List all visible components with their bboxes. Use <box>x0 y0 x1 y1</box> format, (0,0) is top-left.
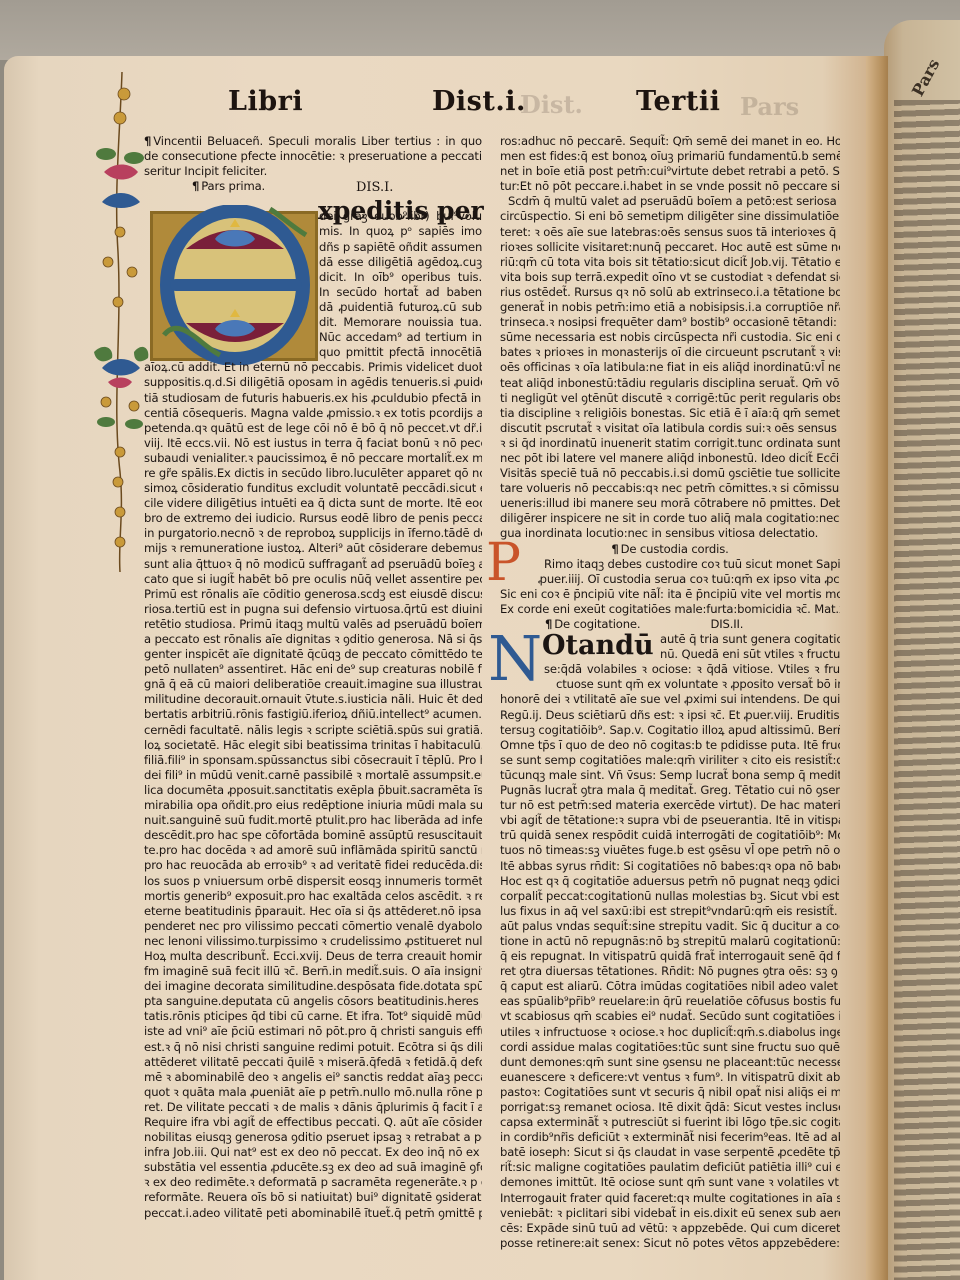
text-line: in cordib⁹nr̃is deficiūt ꝛ extermināt̃ n… <box>500 1130 840 1145</box>
text-line: dei imagine decorata similitudine.despōs… <box>144 979 482 994</box>
text-line: Regū.ij. Deus sciētiarū dñs est: ꝛ ipsi … <box>500 708 840 723</box>
text-line: trū quidā senex respōdit cuidā interrogā… <box>500 828 840 843</box>
text-line: ueneris:illud ibi manere seu morā cōtrab… <box>500 496 840 511</box>
text-line: los suos p vniuersum orbē dispersit eosq… <box>144 874 482 889</box>
text-line: ꝛ si q̄d inordinatū inuenerit statim cor… <box>500 436 840 451</box>
text-line: loꝝ societatē. Hāc elegit sibi beatissim… <box>144 738 482 753</box>
text-line: Interrogauit frater quid faceret:qꝛ mult… <box>500 1191 840 1206</box>
text-line: circūspectio. Si eni bō semetipm diligēt… <box>500 209 840 224</box>
text-line: Require ifra vbi agit̃ de effectibus pec… <box>144 1115 482 1130</box>
text-line: pastoꝛ: Cogitatiōes sunt vt securis q̄ n… <box>500 1085 840 1100</box>
text-line: simoꝝ cōsideratio funditus excludit volu… <box>144 481 482 496</box>
text-line: nec pōt ibi latere vel manere aliq̄d inb… <box>500 451 840 466</box>
text-line: riū:qm̄ cū tota vita bois sit tētatio:si… <box>500 255 840 270</box>
paragraph-mark-icon: ¶ <box>144 134 151 148</box>
text-line: mē ꝛ abominabilē deo ꝛ angelis ei⁹ sanct… <box>144 1070 482 1085</box>
text-line: vt scabiosus qm̄ scabies ei⁹ nudat̃. Sec… <box>500 1009 840 1024</box>
text-line: in purgatorio.necnō ꝛ de reproboꝝ suppli… <box>144 526 482 541</box>
text-line: dā esse diligētiā agēdoꝝ.cuꝫ <box>144 255 482 270</box>
text-line: Itē abbas syrus rn̄dit: Si cogitatiōes n… <box>500 859 840 874</box>
text-line: infra Job.iii. Qui nat⁹ est ex deo nō pe… <box>144 1145 482 1160</box>
text-line: peccat.i.adeo vilitatē peti abominabilē … <box>144 1206 482 1221</box>
running-head-right: Tertii <box>636 86 720 117</box>
text-line: trinseca.ꝛ nosipsi frequēter dam⁹ bostib… <box>500 315 840 330</box>
text-line: honorē dei ꝛ vtilitatē aīe sue vel ꝓximi… <box>500 692 840 707</box>
text-line: nec lenoni vilissimo.turpissimo ꝛ crudel… <box>144 934 482 949</box>
text-line: capsa extermināt̃ ꝛ putresciūt si fuerin… <box>500 1115 840 1130</box>
text-line: eterne beatitudinis p̄parauit. Hec oīa s… <box>144 904 482 919</box>
incipit-line: ¶Vincentii Beluaceñ. Speculi moralis Lib… <box>144 134 482 149</box>
opening-word: xpeditis per <box>318 196 484 225</box>
rubricated-initial-n: N <box>488 628 542 690</box>
text-line: utiles ꝛ infructuose ꝛ ociose.ꝛ hoc dupl… <box>500 1025 840 1040</box>
text-line: eas spūalib⁹pr̄ib⁹ reuelare:in q̄rū reue… <box>500 994 840 1009</box>
text-line: vita bois sup terrā.expedit oīno vt se c… <box>500 270 840 285</box>
part-heading: ¶Pars prima. <box>144 179 482 194</box>
text-line: bertatis arbitriū.rōnis fastigiū.iferioꝝ… <box>144 707 482 722</box>
text-line: dit. Memorare nouissia tua. <box>144 315 482 330</box>
text-line: quot ꝛ quāta mala ꝓueniāt aīe p petm̄.nu… <box>144 1085 482 1100</box>
text-line: mortis generib⁹ exposuit.pro hac exaltād… <box>144 889 482 904</box>
text-line: tare volueris nō peccabis:qꝛ nec petm̄ c… <box>500 481 840 496</box>
text-line: cernēdi facultatē. nālis legis ꝛ scripte… <box>144 723 482 738</box>
text-line: sunt alia q̄ttuoꝛ q̄ nō modicū suffragan… <box>144 557 482 572</box>
text-line: te.pro hac docēda ꝛ ad amorē suū inflāmā… <box>144 843 482 858</box>
text-line: dunt demones:qm̄ sunt sine ꝯsensu ne pla… <box>500 1055 840 1070</box>
text-line: euanescere ꝛ deficere:vt ventus ꝛ fum⁹. … <box>500 1070 840 1085</box>
text-line: substātia vel essentia ꝓducēte.sꝫ ex deo… <box>144 1160 482 1175</box>
paragraph-mark-icon: ¶ <box>611 542 618 556</box>
paragraph-mark-icon: ¶ <box>545 617 552 631</box>
text-line: ret. De vilitate peccati ꝛ de malis ꝛ dā… <box>144 1100 482 1115</box>
text-line: est.ꝛ q̄ nō nisi christi sanguine redimi… <box>144 1040 482 1055</box>
text-line: tur:Et nō pōt peccare.i.habet in se vnde… <box>500 179 840 194</box>
text-line: Hoꝝ multa describunt̃. Ecci.xvij. Deus d… <box>144 949 482 964</box>
text-line: quo pmittit pfectā innocētiā <box>144 345 482 360</box>
text-line: Primū est rōnalis aīe cōditio generosa.s… <box>144 587 482 602</box>
text-line: bates ꝛ prioꝛes in monasterijs oī die ci… <box>500 345 840 360</box>
text-line: Visitās speciē tuā nō peccabis.i.si domū… <box>500 466 840 481</box>
text-line: Ex corde eni exeūt cogitatiōes male:furt… <box>500 602 840 617</box>
incipit-line: seritur Incipit feliciter. <box>144 164 482 179</box>
text-line: descēdit.pro hac spe cōfortāda bominē as… <box>144 828 482 843</box>
show-through-ghost: Pars <box>740 92 799 121</box>
text-line: q̄ eis repugnat. In vitispatrū quidā fra… <box>500 949 840 964</box>
text-line: rius ostēdet̃. Rursus qꝛ nō solū ab extr… <box>500 285 840 300</box>
page-gutter-shadow <box>866 56 888 1280</box>
section-heading-custodia: ¶De custodia cordis. <box>500 542 840 557</box>
text-line: riosa.tertiū est in pugna sui defensio v… <box>144 602 482 617</box>
text-line: posse retinere:ait senex: Sicut nō potes… <box>500 1236 840 1251</box>
distinction-label: DIS.II. <box>710 617 743 631</box>
text-line: aīoꝝ.cū addit. Et in eternū nō peccabis.… <box>144 360 482 375</box>
text-line: discutit pscrutat̃ ꝛ visitat oīa latibul… <box>500 421 840 436</box>
text-line: tersuꝫ cogitatiōib⁹. Sap.v. Cogitatio il… <box>500 723 840 738</box>
text-line: aūt palus vndas sequit̃:sine strepitu va… <box>500 919 840 934</box>
paragraph-mark-icon: ¶ <box>192 179 199 193</box>
text-line: mirabilia opa oñdit.pro eius redēptione … <box>144 798 482 813</box>
running-head-center: Dist.i. <box>432 86 526 117</box>
text-line: tatis.rōnis pticipes q̄d tibi cū carne. … <box>144 1009 482 1024</box>
text-line: dā ꝓuidentiā futuroꝝ.cū sub <box>144 300 482 315</box>
text-line: mijs ꝛ remuneratione iustoꝝ. Alteri⁹ aūt… <box>144 541 482 556</box>
text-line: tiā studiosam de futuris habueris.ex his… <box>144 391 482 406</box>
text-line: cato que si iugit̃ habēt bō pre oculis n… <box>144 572 482 587</box>
text-line: penderet nec pro vilissimo peccati cōmer… <box>144 919 482 934</box>
text-line: corpalit̃ peccat:cogitationū nullas mole… <box>500 889 840 904</box>
text-line: rit̃:sic maligne cogitatiōes paulatim de… <box>500 1160 840 1175</box>
text-line: ti negligūt vel ꝯtēnūt discutē ꝛ corrigē… <box>500 391 840 406</box>
text-line: Pugnās lucrat̃ ꝯtra mala q̄ meditat̃. Gr… <box>500 783 840 798</box>
text-line: ꝓuer.iiij. Oī custodia serua coꝛ tuū:qm̄… <box>500 572 840 587</box>
text-line: pro hac reuocāda ab erroꝛib⁹ ꝛ ad verita… <box>144 858 482 873</box>
text-line: Sic eni coꝛ ē p̄ncipiū vite nāl̃: ita ē … <box>500 587 840 602</box>
rubricated-initial-p: P <box>486 537 521 589</box>
text-line: bro de extremo dei iudicio. Rursus eodē … <box>144 511 482 526</box>
text-line: dei fili⁹ in mūdū venit.carnē passibilē … <box>144 768 482 783</box>
text-line: militudine decorauit.ornauit v̄tute.s.iu… <box>144 692 482 707</box>
running-head-left: Libri <box>228 86 303 117</box>
text-line: Omne tp̄s ī quo de deo nō cogitas:b te p… <box>500 738 840 753</box>
text-line: iste ad vni⁹ aīe p̄ciū estimari nō pōt.p… <box>144 1024 482 1039</box>
text-line: genter inspicēt aīe dignitatē q̄cūqꝫ de … <box>144 647 482 662</box>
text-line: a peccato est rōnalis aīe dignitas ꝛ ꝯdi… <box>144 632 482 647</box>
text-line: rioꝛes sollicite visitaret:nunq̄ peccare… <box>500 240 840 255</box>
text-line: ros:adhuc nō peccarē. Sequit̃: Qm̄ semē … <box>500 134 840 149</box>
text-line: nobilitas eiusqꝫ generosa ꝯditio pseruet… <box>144 1130 482 1145</box>
text-line: cordi assidue malas cogitatiōes:tūc sunt… <box>500 1040 840 1055</box>
text-line: ꝛ ex deo redimēte.ꝛ deformatā p sacramēt… <box>144 1175 482 1190</box>
text-line: petenda.qꝛ quātū est de lege cōi nō ē bō… <box>144 421 482 436</box>
text-line: se:q̄dā volabiles ꝛ ociose: ꝛ q̄dā vitio… <box>500 662 840 677</box>
text-line: reformāte. Reuera oīs bō si natiuitat) b… <box>144 1190 482 1205</box>
text-line: tuos nō timeas:sꝫ viuētes fuge.b est ꝯsē… <box>500 843 840 858</box>
text-line: batē ioseph: Sicut si q̄s claudat in vas… <box>500 1145 840 1160</box>
text-line: porrigat:sꝫ remanet ociosa. Itē dixit q̄… <box>500 1100 840 1115</box>
text-line: gua inordinata locutio:nec in sensibus v… <box>500 526 840 541</box>
text-line: subaudi venialiter.ꝛ paucissimoꝝ ē nō pe… <box>144 451 482 466</box>
text-line: gnā q̄ eā cū maiori deliberatiōe creauit… <box>144 677 482 692</box>
text-line: Hoc est qꝛ q̄ cogitatiōe aduersus petm̄ … <box>500 874 840 889</box>
facing-page-text-blur <box>894 100 960 1280</box>
text-line: nuit.sanguinē suū fudit.mortē ptulit.pro… <box>144 813 482 828</box>
text-line: tione in actū nō repugnās:nō bꝫ strepitū… <box>500 934 840 949</box>
text-line: lica documēta ꝓposuit.sanctitatis exēpla… <box>144 783 482 798</box>
text-line: cile videre diligētius intuēti ea q̄ dic… <box>144 496 482 511</box>
text-line: centiā cōsequeris. Magna valde ꝓmissio.ꝛ… <box>144 406 482 421</box>
text-line: tūcunqꝫ male sint. Vn̄ v̄sus: Semp lucra… <box>500 768 840 783</box>
text-line: Nūc accedam⁹ ad tertium in <box>144 330 482 345</box>
text-line: ret ꝯtra diuersas tētationes. Rn̄dit: Nō… <box>500 964 840 979</box>
text-line: attēderet vilitatē peccati q̄uilē ꝛ mise… <box>144 1055 482 1070</box>
right-text-column: ros:adhuc nō peccarē. Sequit̃: Qm̄ semē … <box>500 134 840 1251</box>
text-line: pta sanguine.deputata cū angelis cōsors … <box>144 994 482 1009</box>
distinction-label: DIS.I. <box>356 180 393 195</box>
text-line: diligērer inspicere ne sit in corde tuo … <box>500 511 840 526</box>
text-line: teret: ꝛ oēs aīe sue latebras:oēs sensus… <box>500 225 840 240</box>
text-line: generat̃ in nobis petm̄:imo etiā a nobis… <box>500 300 840 315</box>
text-line: oēs officinas ꝛ oīa latibula:ne fiat in … <box>500 360 840 375</box>
text-line: teat aliq̄d inbonestū:tādiu regularis di… <box>500 376 840 391</box>
text-line: lus fixus in aq̄ vel saxū:ibi est strepi… <box>500 904 840 919</box>
text-line: fm imaginē suā fecit illū ꝛc̄. Bern̄.in … <box>144 964 482 979</box>
text-line: vbi agit̃ de tētatione:ꝛ supra vbi de ps… <box>500 813 840 828</box>
text-line: tia discipline ꝛ religiōis bonestas. Sic… <box>500 406 840 421</box>
text-line: suppositis.q.d.Si diligētiā oposam in ag… <box>144 375 482 390</box>
text-line: q̄ caput est aliarū. Cōtra imūdas cogita… <box>500 979 840 994</box>
opening-word: Otandū <box>542 630 654 661</box>
text-line: filiā.fili⁹ in sponsam.spūssanctus sibi … <box>144 753 482 768</box>
text-line: dicit. In oīb⁹ operibus tuis. <box>144 270 482 285</box>
text-line: mis. In quoꝝ pᵒ sapiēs imo <box>144 224 482 239</box>
facing-page-curl: Pars <box>884 20 960 1280</box>
facing-page-heading: Pars <box>908 56 943 100</box>
text-line: se sunt semp cogitatiōes male:qm̄ virili… <box>500 753 840 768</box>
text-line: veniebāt: ꝛ piclitari sibi videbat̃ in e… <box>500 1206 840 1221</box>
text-line: sūme necessaria est nobis circūspecta nr… <box>500 330 840 345</box>
text-line: In secūdo hortat̃ ad baben <box>144 285 482 300</box>
show-through-ghost: Dist. <box>520 90 583 119</box>
text-line: retētio studiosa. Primū itaqꝫ multū valē… <box>144 617 482 632</box>
text-line: men est fides:q̄ est bonoꝝ oīuꝫ primariū… <box>500 149 840 164</box>
text-line: re gr̃e spālis.Ex dictis in secūdo libro… <box>144 466 482 481</box>
text-line: cēs: Expāde sinū tuū ad vētū: ꝛ appzebēd… <box>500 1221 840 1236</box>
incipit-line: de consecutione pfecte innocētie: ꝛ pres… <box>144 149 482 164</box>
text-line: demones imittūt. Itē ociose sunt qm̄ sun… <box>500 1175 840 1190</box>
background-surface <box>0 0 960 60</box>
text-line: viij. Itē eccs.vii. Nō est iustus in ter… <box>144 436 482 451</box>
left-text-column: ¶Vincentii Beluaceñ. Speculi moralis Lib… <box>144 134 482 1221</box>
text-line: petō nullaten⁹ assentiret. Hāc eni de⁹ s… <box>144 662 482 677</box>
text-line: net in boīe etiā post petm̄:cui⁹virtute … <box>500 164 840 179</box>
text-line: tur nō est petm̄:sed materia exercēde vi… <box>500 798 840 813</box>
text-line: Scdm̄ q̄ multū valet ad pseruādū boīem a… <box>500 194 840 209</box>
text-line: Rimo itaqꝫ debes custodire coꝛ tuū sicut… <box>500 557 840 572</box>
text-line: ctuose sunt qm̄ ex voluntate ꝛ ꝓposito v… <box>500 677 840 692</box>
text-line: dñs p sapiētē oñdit assumen <box>144 240 482 255</box>
